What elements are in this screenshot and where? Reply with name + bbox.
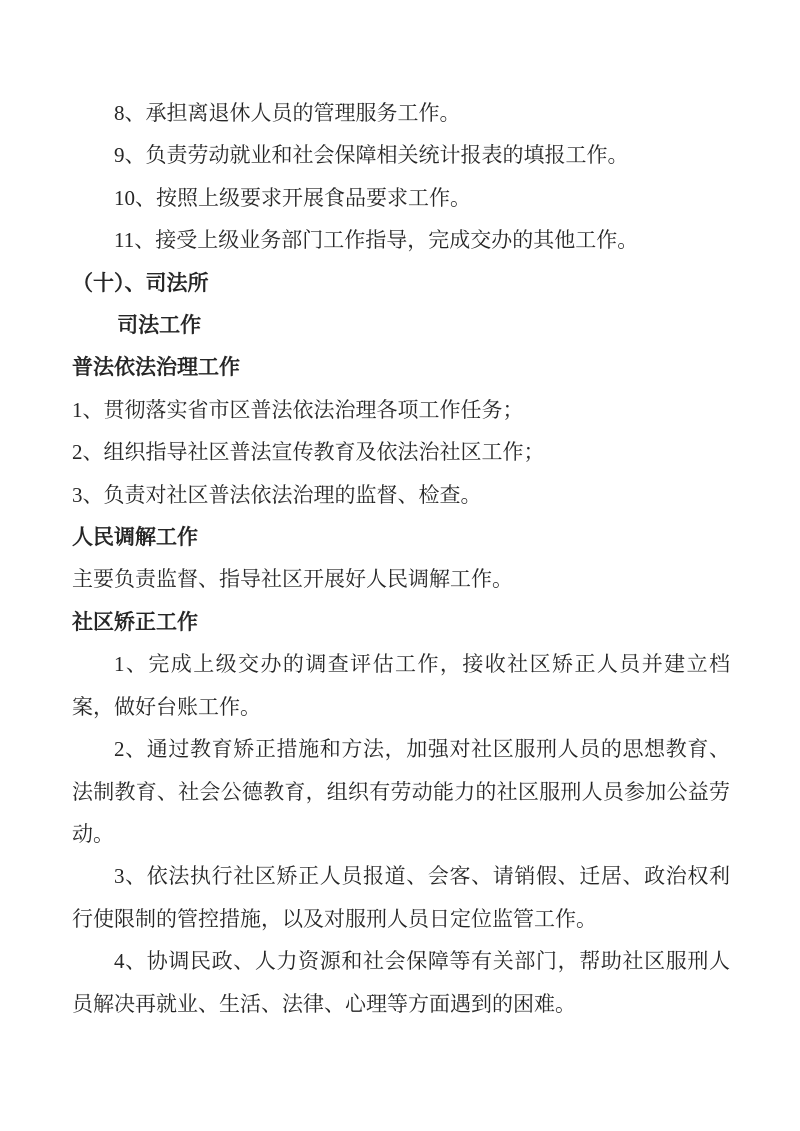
- subheading-law-publicity-governance: 普法依法治理工作: [72, 346, 730, 388]
- subheading-judicial-work: 司法工作: [72, 304, 730, 346]
- community-correction-item-4: 4、协调民政、人力资源和社会保障等有关部门，帮助社区服刑人员解决再就业、生活、法…: [72, 940, 730, 1025]
- law-publicity-item-3: 3、负责对社区普法依法治理的监督、检查。: [72, 474, 730, 516]
- document-page: 8、承担离退休人员的管理服务工作。 9、负责劳动就业和社会保障相关统计报表的填报…: [0, 0, 800, 1131]
- law-publicity-item-1: 1、贯彻落实省市区普法依法治理各项工作任务；: [72, 389, 730, 431]
- list-item-9: 9、负责劳动就业和社会保障相关统计报表的填报工作。: [72, 134, 730, 176]
- law-publicity-item-2: 2、组织指导社区普法宣传教育及依法治社区工作；: [72, 431, 730, 473]
- document-body: 8、承担离退休人员的管理服务工作。 9、负责劳动就业和社会保障相关统计报表的填报…: [0, 0, 800, 1025]
- community-correction-item-2: 2、通过教育矫正措施和方法，加强对社区服刑人员的思想教育、法制教育、社会公德教育…: [72, 728, 730, 855]
- section-heading-judicial-office: （十）、司法所: [72, 262, 730, 304]
- people-mediation-paragraph: 主要负责监督、指导社区开展好人民调解工作。: [72, 558, 730, 600]
- list-item-11: 11、接受上级业务部门工作指导，完成交办的其他工作。: [72, 219, 730, 261]
- community-correction-item-3: 3、依法执行社区矫正人员报道、会客、请销假、迁居、政治权利行使限制的管控措施，以…: [72, 855, 730, 940]
- subheading-people-mediation: 人民调解工作: [72, 516, 730, 558]
- subheading-community-correction: 社区矫正工作: [72, 601, 730, 643]
- list-item-10: 10、按照上级要求开展食品要求工作。: [72, 177, 730, 219]
- list-item-8: 8、承担离退休人员的管理服务工作。: [72, 92, 730, 134]
- community-correction-item-1: 1、完成上级交办的调查评估工作，接收社区矫正人员并建立档案，做好台账工作。: [72, 643, 730, 728]
